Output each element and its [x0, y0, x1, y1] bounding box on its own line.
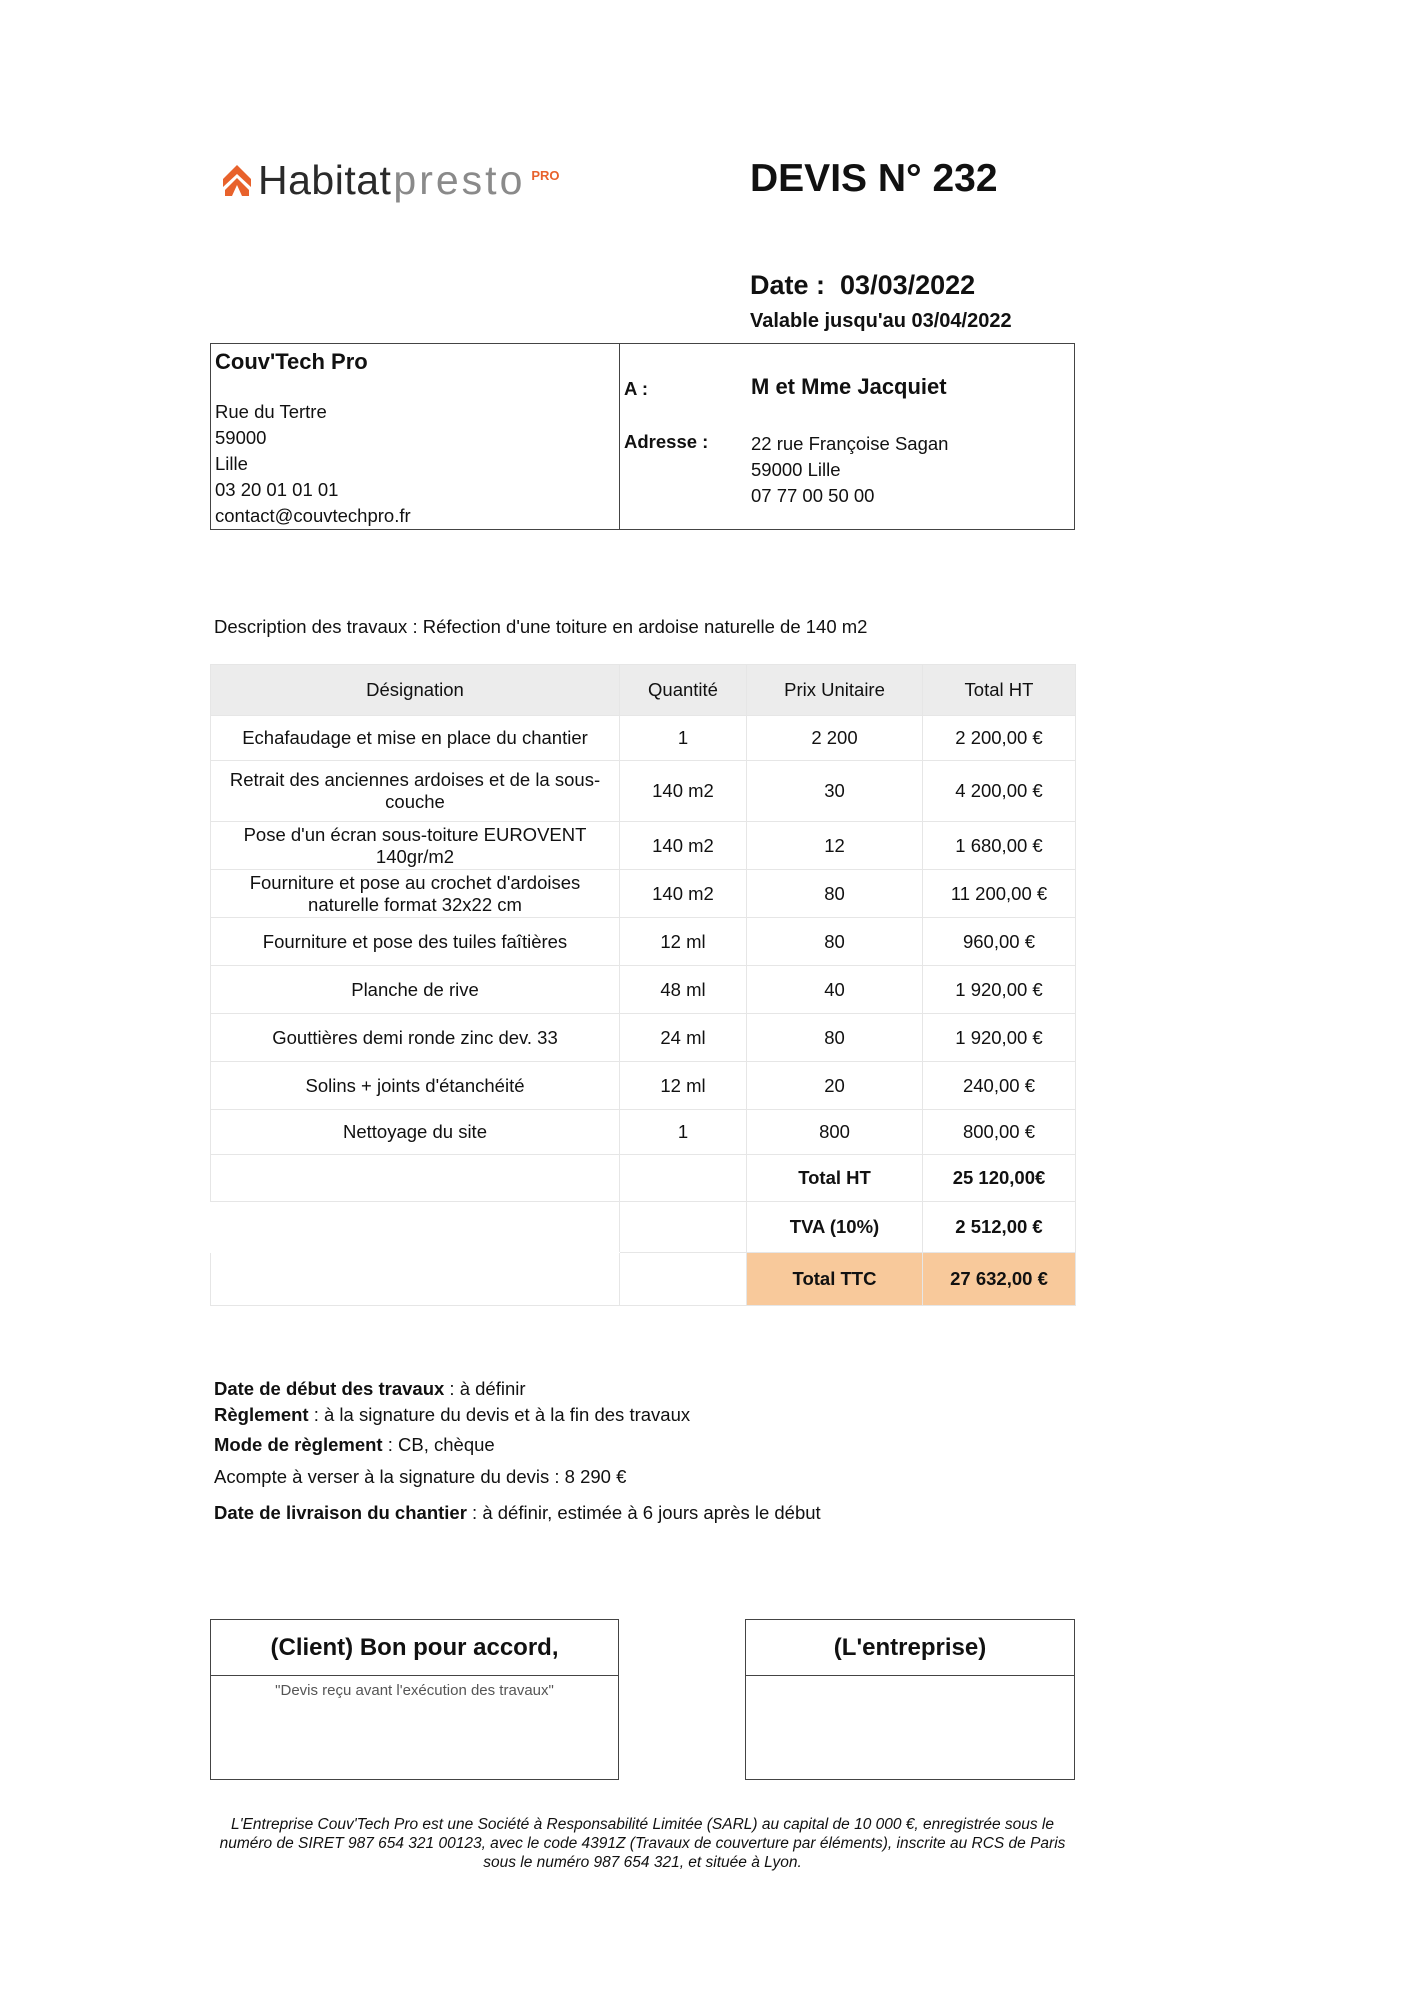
table-row: Planche de rive 48 ml 40 1 920,00 € [211, 966, 1076, 1014]
payment-value: : à la signature du devis et à la fin de… [309, 1404, 691, 1425]
delivery-label: Date de livraison du chantier [214, 1502, 467, 1523]
empty-cell [211, 1253, 620, 1306]
cell-total: 2 200,00 € [923, 716, 1076, 761]
cell-quantity: 48 ml [620, 966, 747, 1014]
client-name: M et Mme Jacquiet [751, 374, 947, 400]
work-description: Description des travaux : Réfection d'un… [214, 616, 867, 638]
cell-total: 1 920,00 € [923, 1014, 1076, 1062]
company-info: Couv'Tech Pro Rue du Tertre 59000 Lille … [211, 344, 620, 529]
cell-quantity: 140 m2 [620, 870, 747, 918]
cell-designation: Fourniture et pose des tuiles faîtières [211, 918, 620, 966]
cell-quantity: 12 ml [620, 1062, 747, 1110]
table-row: Echafaudage et mise en place du chantier… [211, 716, 1076, 761]
company-email: contact@couvtechpro.fr [215, 503, 615, 529]
client-signature-note: "Devis reçu avant l'exécution des travau… [211, 1676, 618, 1699]
cell-total: 1 920,00 € [923, 966, 1076, 1014]
company-city: Lille [215, 451, 615, 477]
delivery-value: : à définir, estimée à 6 jours après le … [467, 1502, 821, 1523]
start-date-value: : à définir [444, 1378, 525, 1399]
date-value: 03/03/2022 [840, 270, 975, 300]
tva-value: 2 512,00 € [923, 1202, 1076, 1253]
client-address-line2: 59000 Lille [751, 457, 948, 483]
company-name: Couv'Tech Pro [215, 347, 615, 377]
payment-label: Règlement [214, 1404, 309, 1425]
validity-date: Valable jusqu'au 03/04/2022 [750, 310, 1012, 333]
cell-unit-price: 2 200 [747, 716, 923, 761]
cell-quantity: 140 m2 [620, 822, 747, 870]
table-row: Retrait des anciennes ardoises et de la … [211, 761, 1076, 822]
empty-cell [211, 1155, 620, 1202]
total-ht-row: Total HT 25 120,00€ [211, 1155, 1076, 1202]
company-street: Rue du Tertre [215, 399, 615, 425]
total-ttc-value: 27 632,00 € [923, 1253, 1076, 1306]
table-row: Solins + joints d'étanchéité 12 ml 20 24… [211, 1062, 1076, 1110]
tva-row: TVA (10%) 2 512,00 € [211, 1202, 1076, 1253]
cell-quantity: 140 m2 [620, 761, 747, 822]
cell-unit-price: 12 [747, 822, 923, 870]
cell-designation: Gouttières demi ronde zinc dev. 33 [211, 1014, 620, 1062]
table-row: Fourniture et pose au crochet d'ardoises… [211, 870, 1076, 918]
quote-items-table: Désignation Quantité Prix Unitaire Total… [210, 664, 1076, 1306]
table-row: Gouttières demi ronde zinc dev. 33 24 ml… [211, 1014, 1076, 1062]
cell-designation: Solins + joints d'étanchéité [211, 1062, 620, 1110]
client-address-label: Adresse : [624, 431, 708, 453]
client-signature-box: (Client) Bon pour accord, "Devis reçu av… [210, 1619, 619, 1780]
cell-designation: Planche de rive [211, 966, 620, 1014]
cell-quantity: 1 [620, 1110, 747, 1155]
deposit-line: Acompte à verser à la signature du devis… [214, 1466, 626, 1488]
empty-cell [620, 1202, 747, 1253]
client-address: 22 rue Françoise Sagan 59000 Lille 07 77… [751, 431, 948, 509]
header-unit-price: Prix Unitaire [747, 665, 923, 716]
payment-mode-value: : CB, chèque [383, 1434, 495, 1455]
company-signature-box: (L'entreprise) [745, 1619, 1075, 1780]
cell-total: 800,00 € [923, 1110, 1076, 1155]
cell-unit-price: 80 [747, 870, 923, 918]
cell-unit-price: 80 [747, 1014, 923, 1062]
total-ttc-row: Total TTC 27 632,00 € [211, 1253, 1076, 1306]
cell-designation: Pose d'un écran sous-toiture EUROVENT 14… [211, 822, 620, 870]
client-phone: 07 77 00 50 00 [751, 483, 948, 509]
empty-cell [620, 1155, 747, 1202]
client-signature-title: (Client) Bon pour accord, [211, 1620, 618, 1676]
total-ht-label: Total HT [747, 1155, 923, 1202]
delivery-line: Date de livraison du chantier : à défini… [214, 1502, 821, 1524]
quote-title: DEVIS N° 232 [750, 157, 998, 201]
cell-quantity: 12 ml [620, 918, 747, 966]
cell-quantity: 24 ml [620, 1014, 747, 1062]
header-quantity: Quantité [620, 665, 747, 716]
total-ttc-label: Total TTC [747, 1253, 923, 1306]
table-row: Nettoyage du site 1 800 800,00 € [211, 1110, 1076, 1155]
brand-logo: Habitat presto PRO [222, 160, 560, 200]
cell-unit-price: 30 [747, 761, 923, 822]
payment-mode-line: Mode de règlement : CB, chèque [214, 1434, 495, 1456]
empty-cell [620, 1253, 747, 1306]
parties-box: Couv'Tech Pro Rue du Tertre 59000 Lille … [210, 343, 1075, 530]
cell-designation: Nettoyage du site [211, 1110, 620, 1155]
logo-text-presto: presto [393, 160, 525, 201]
client-address-line1: 22 rue Françoise Sagan [751, 431, 948, 457]
client-to-label: A : [624, 378, 648, 400]
cell-designation: Fourniture et pose au crochet d'ardoises… [211, 870, 620, 918]
cell-unit-price: 80 [747, 918, 923, 966]
cell-total: 1 680,00 € [923, 822, 1076, 870]
cell-quantity: 1 [620, 716, 747, 761]
logo-text-habitat: Habitat [258, 160, 391, 201]
start-date-label: Date de début des travaux [214, 1378, 444, 1399]
client-info: A : M et Mme Jacquiet Adresse : 22 rue F… [620, 344, 1074, 529]
date-label: Date : [750, 270, 825, 300]
tva-label: TVA (10%) [747, 1202, 923, 1253]
legal-notice: L'Entreprise Couv'Tech Pro est une Socié… [210, 1815, 1075, 1872]
table-row: Fourniture et pose des tuiles faîtières … [211, 918, 1076, 966]
cell-total: 960,00 € [923, 918, 1076, 966]
cell-designation: Echafaudage et mise en place du chantier [211, 716, 620, 761]
company-signature-title: (L'entreprise) [746, 1620, 1074, 1676]
header-designation: Désignation [211, 665, 620, 716]
payment-mode-label: Mode de règlement [214, 1434, 383, 1455]
quote-date: Date : 03/03/2022 [750, 270, 975, 301]
cell-total: 240,00 € [923, 1062, 1076, 1110]
cell-total: 4 200,00 € [923, 761, 1076, 822]
cell-designation: Retrait des anciennes ardoises et de la … [211, 761, 620, 822]
header-total-ht: Total HT [923, 665, 1076, 716]
company-phone: 03 20 01 01 01 [215, 477, 615, 503]
house-arrow-icon [222, 163, 252, 197]
empty-cell [211, 1202, 620, 1253]
start-date-line: Date de début des travaux : à définir [214, 1378, 526, 1400]
payment-line: Règlement : à la signature du devis et à… [214, 1404, 690, 1426]
company-postcode: 59000 [215, 425, 615, 451]
table-row: Pose d'un écran sous-toiture EUROVENT 14… [211, 822, 1076, 870]
cell-unit-price: 20 [747, 1062, 923, 1110]
table-header-row: Désignation Quantité Prix Unitaire Total… [211, 665, 1076, 716]
cell-unit-price: 800 [747, 1110, 923, 1155]
logo-badge-pro: PRO [531, 168, 559, 183]
cell-unit-price: 40 [747, 966, 923, 1014]
total-ht-value: 25 120,00€ [923, 1155, 1076, 1202]
cell-total: 11 200,00 € [923, 870, 1076, 918]
